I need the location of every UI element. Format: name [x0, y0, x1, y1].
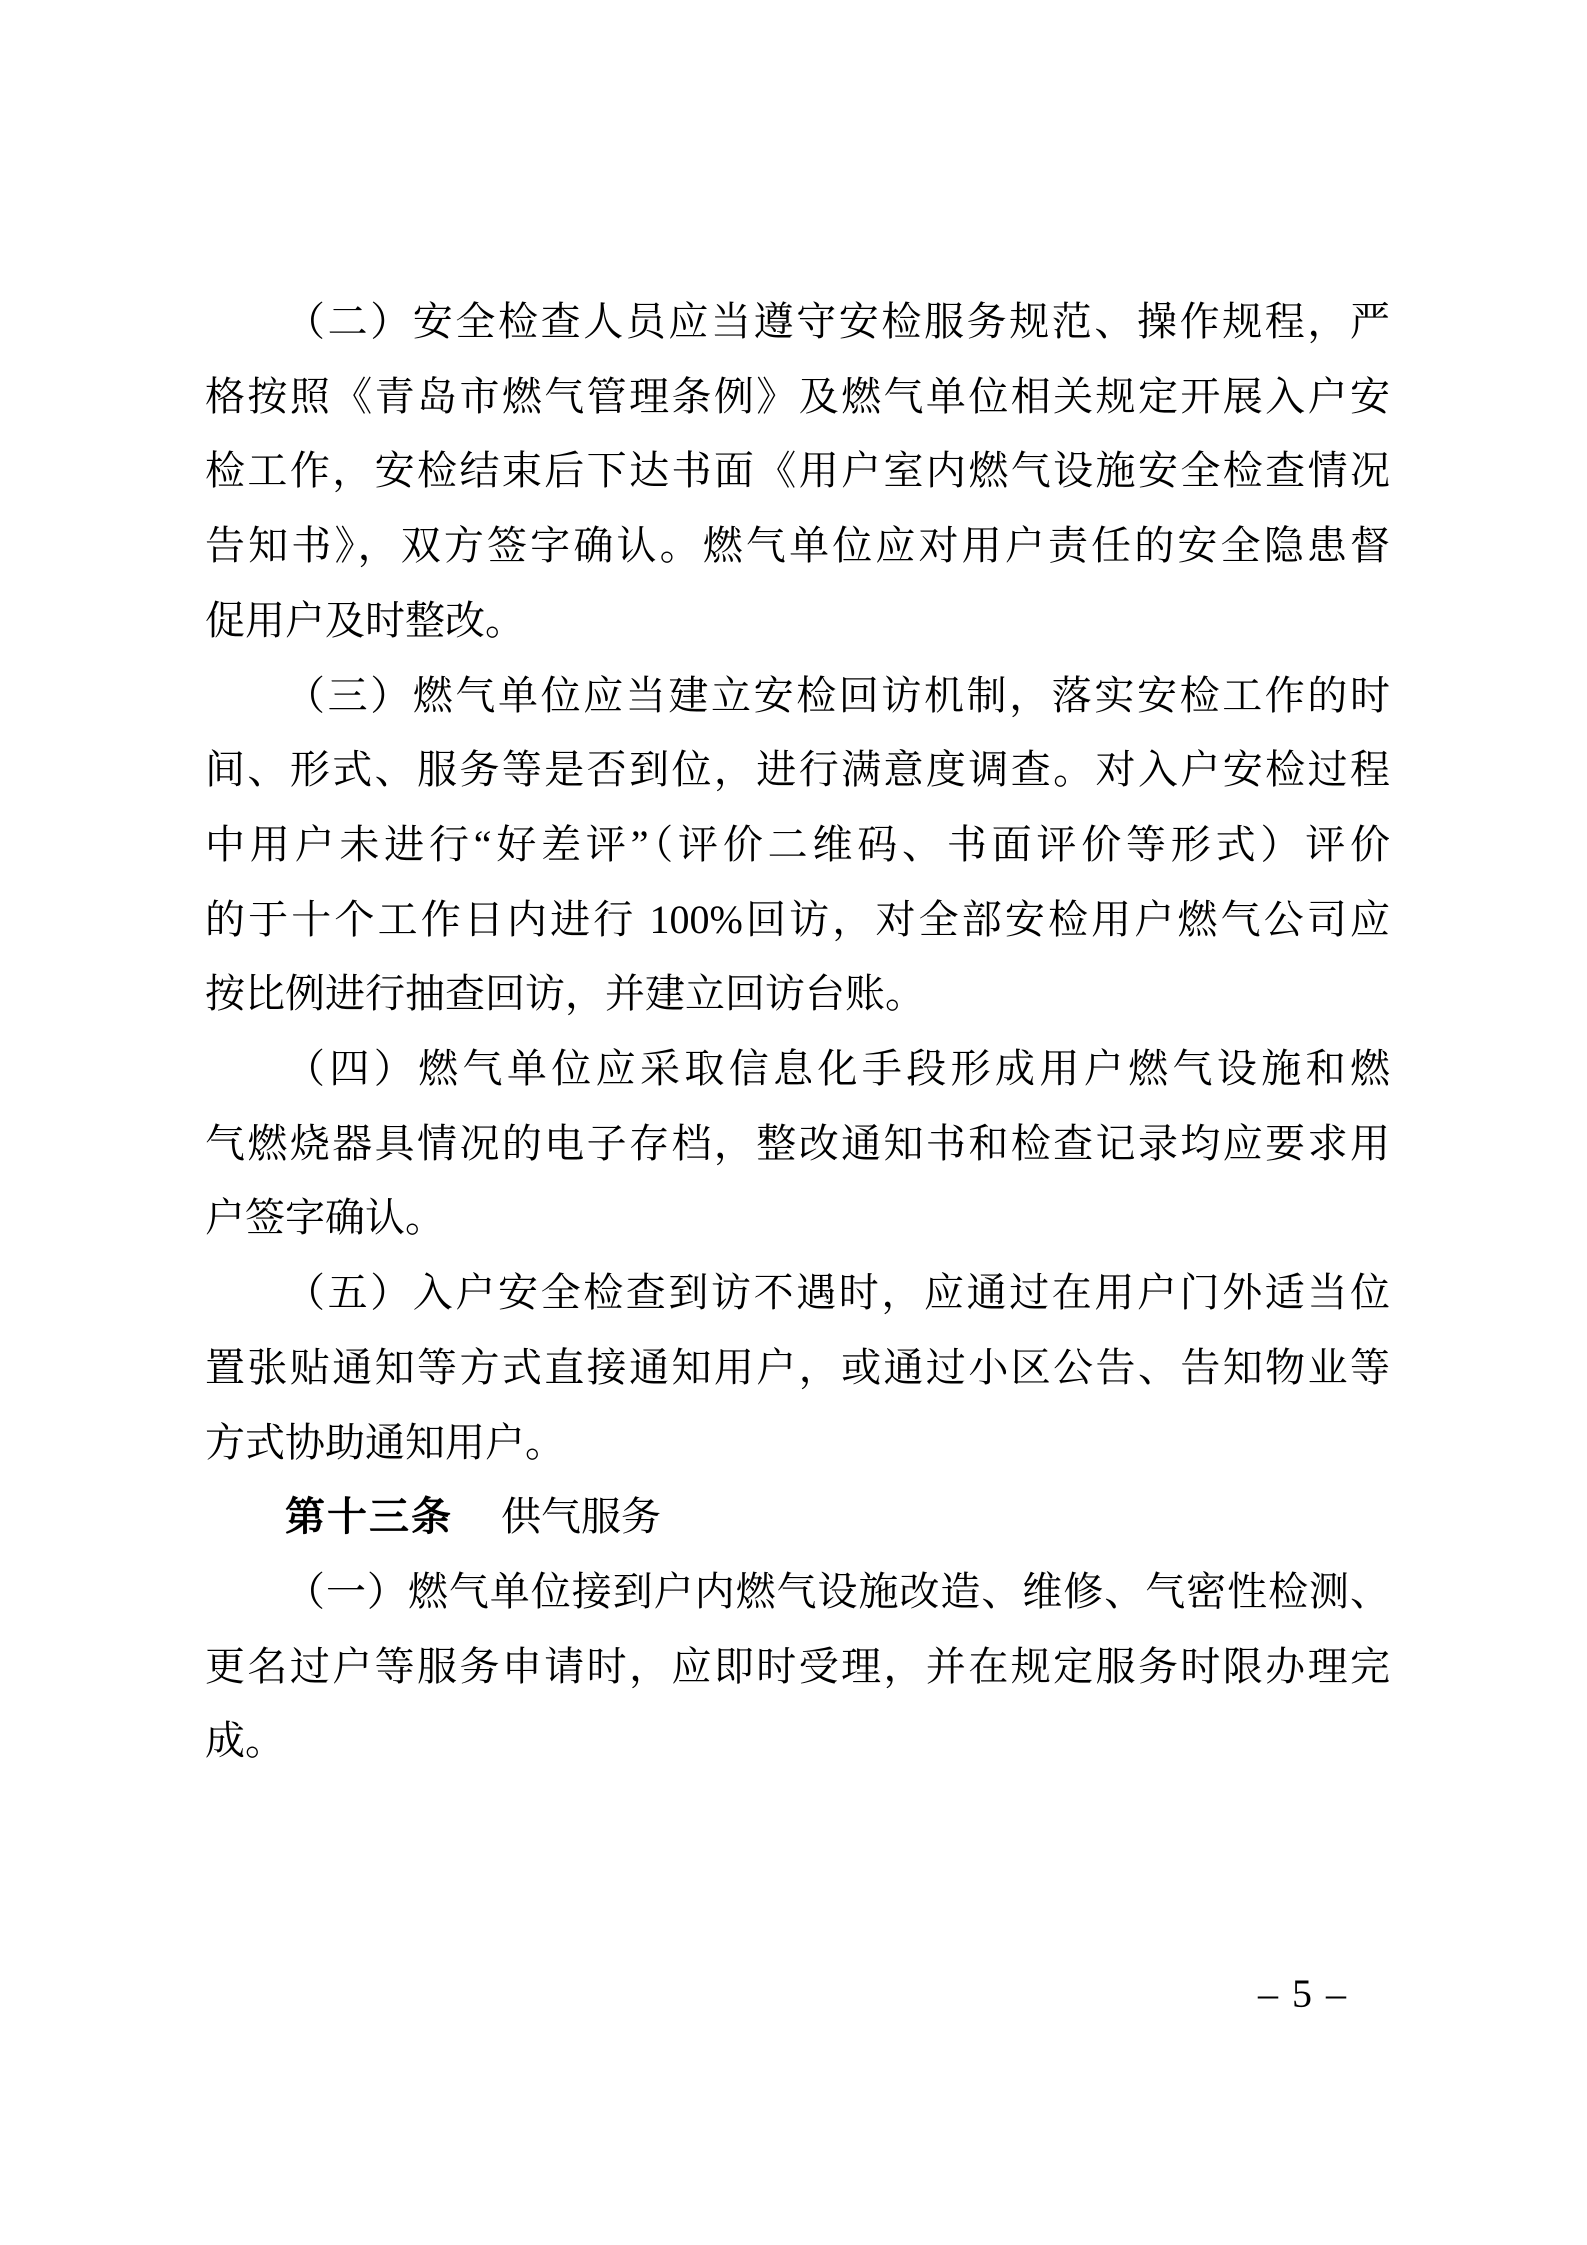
- text-line: 格按照《青岛市燃气管理条例》及燃气单位相关规定开展入户安: [205, 360, 1390, 435]
- text-line: 按比例进行抽查回访，并建立回访台账。: [205, 957, 1390, 1032]
- document-page: （二）安全检查人员应当遵守安检服务规范、操作规程，严 格按照《青岛市燃气管理条例…: [0, 0, 1587, 2245]
- text-line: 中用户未进行“好差评”（评价二维码、书面评价等形式）评价: [205, 808, 1390, 883]
- text-line: 的于十个工作日内进行 100%回访，对全部安检用户燃气公司应: [205, 883, 1390, 958]
- section-heading-number: 第十三条: [285, 1495, 453, 1539]
- text-line: 成。: [205, 1704, 1390, 1779]
- text-line: （五）入户安全检查到访不遇时，应通过在用户门外适当位: [205, 1256, 1390, 1331]
- text-line: 检工作，安检结束后下达书面《用户室内燃气设施安全检查情况: [205, 434, 1390, 509]
- paragraph: （二）安全检查人员应当遵守安检服务规范、操作规程，严 格按照《青岛市燃气管理条例…: [205, 285, 1390, 659]
- text-line: 方式协助通知用户。: [205, 1406, 1390, 1481]
- document-body: （二）安全检查人员应当遵守安检服务规范、操作规程，严 格按照《青岛市燃气管理条例…: [205, 285, 1390, 1779]
- text-line: （三）燃气单位应当建立安检回访机制，落实安检工作的时: [205, 659, 1390, 734]
- text-line: （一）燃气单位接到户内燃气设施改造、维修、气密性检测、: [205, 1555, 1390, 1630]
- page-number: – 5 –: [1258, 1972, 1398, 2016]
- paragraph: （一）燃气单位接到户内燃气设施改造、维修、气密性检测、 更名过户等服务申请时，应…: [205, 1555, 1390, 1779]
- paragraph: （三）燃气单位应当建立安检回访机制，落实安检工作的时 间、形式、服务等是否到位，…: [205, 659, 1390, 1033]
- paragraph: （四）燃气单位应采取信息化手段形成用户燃气设施和燃 气燃烧器具情况的电子存档，整…: [205, 1032, 1390, 1256]
- section-heading: 第十三条供气服务: [205, 1480, 1390, 1555]
- text-line: 促用户及时整改。: [205, 584, 1390, 659]
- section-heading-paragraph: 第十三条供气服务: [205, 1480, 1390, 1555]
- text-line: 户签字确认。: [205, 1181, 1390, 1256]
- text-line: 置张贴通知等方式直接通知用户，或通过小区公告、告知物业等: [205, 1331, 1390, 1406]
- text-line: 更名过户等服务申请时，应即时受理，并在规定服务时限办理完: [205, 1630, 1390, 1705]
- text-line: 告知书》，双方签字确认。燃气单位应对用户责任的安全隐患督: [205, 509, 1390, 584]
- text-line: 气燃烧器具情况的电子存档，整改通知书和检查记录均应要求用: [205, 1107, 1390, 1182]
- section-heading-title: 供气服务: [501, 1494, 661, 1539]
- text-line: 间、形式、服务等是否到位，进行满意度调查。对入户安检过程: [205, 733, 1390, 808]
- text-line: （四）燃气单位应采取信息化手段形成用户燃气设施和燃: [205, 1032, 1390, 1107]
- paragraph: （五）入户安全检查到访不遇时，应通过在用户门外适当位 置张贴通知等方式直接通知用…: [205, 1256, 1390, 1480]
- text-line: （二）安全检查人员应当遵守安检服务规范、操作规程，严: [205, 285, 1390, 360]
